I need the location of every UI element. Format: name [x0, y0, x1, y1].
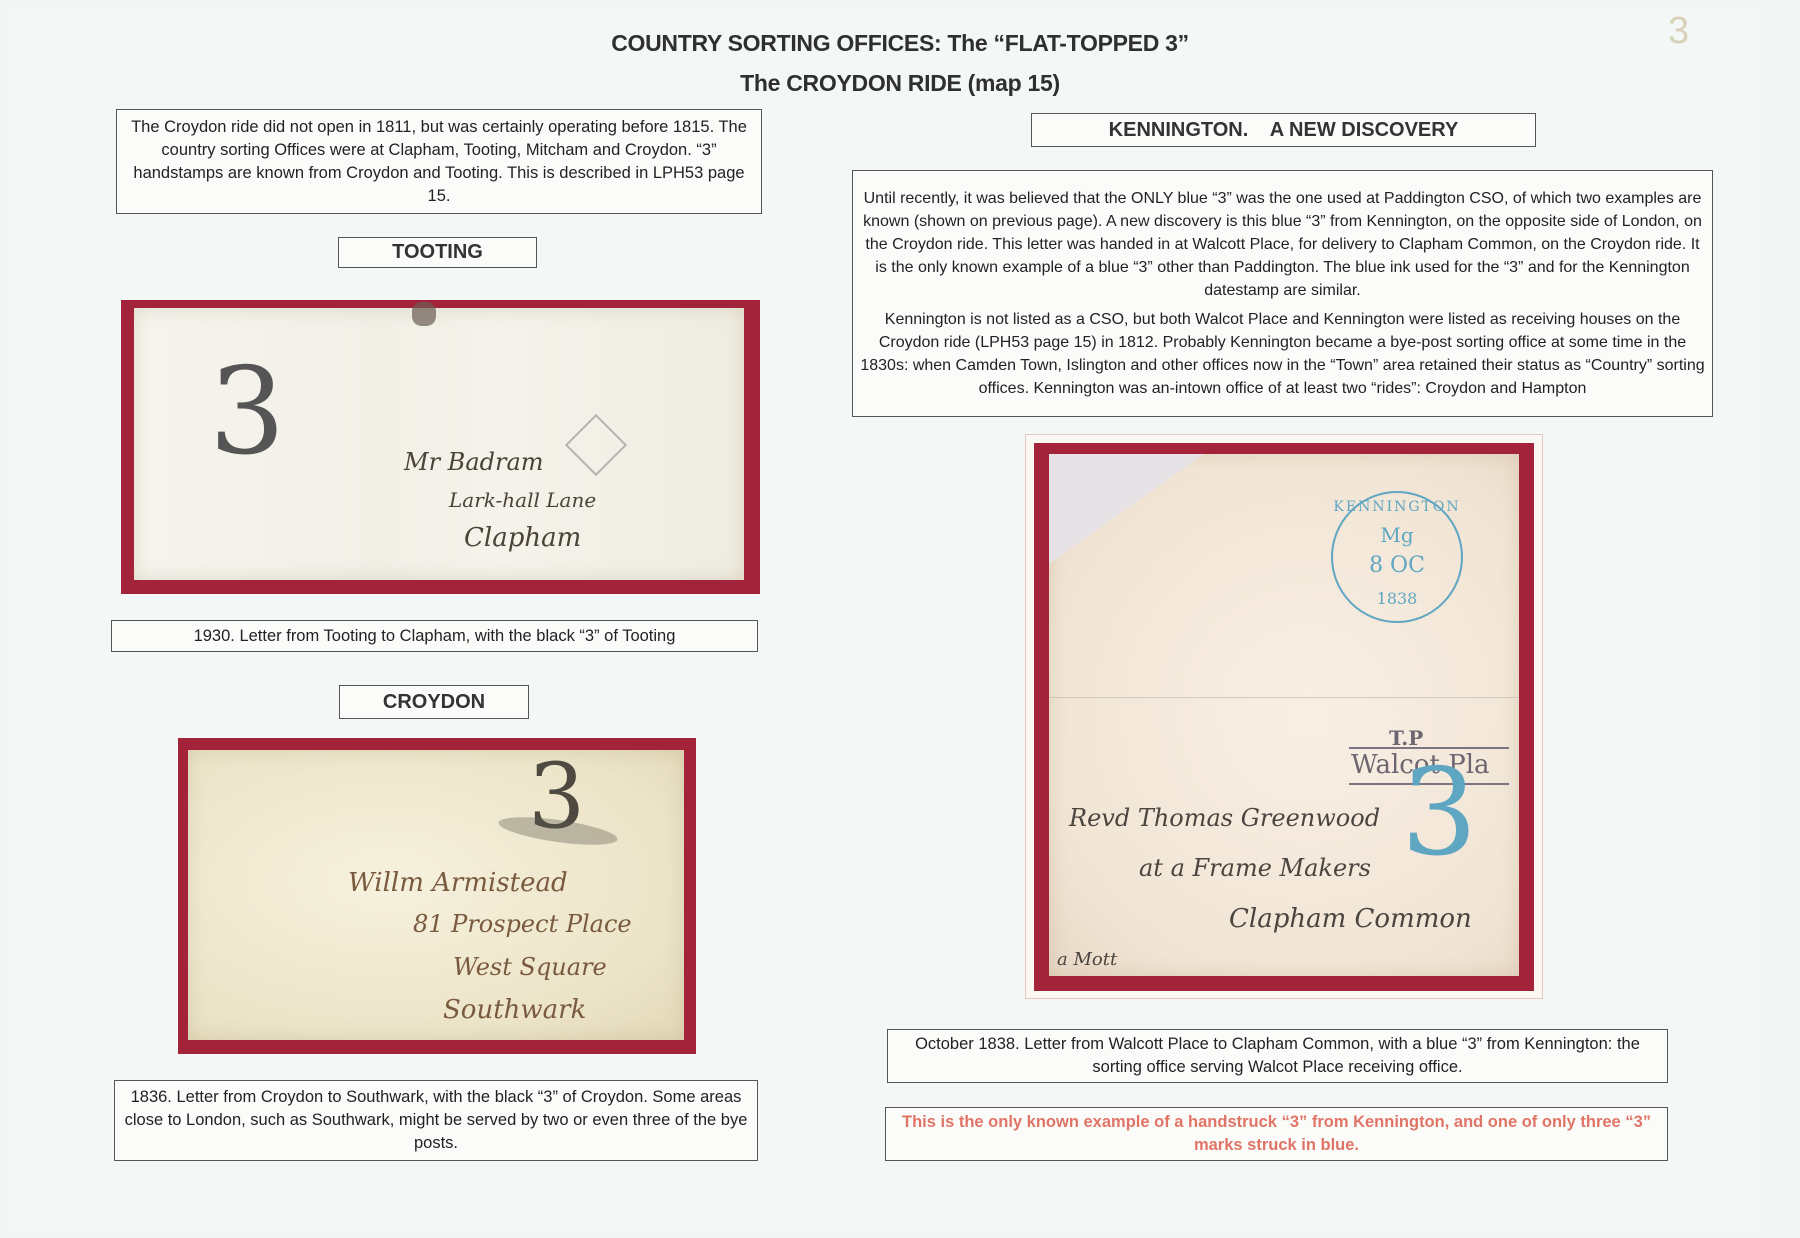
tooting-caption: 1930. Letter from Tooting to Clapham, wi… [111, 620, 758, 652]
kennington-datestamp: KENNINGTON Mg 8 OC 1838 [1331, 491, 1463, 623]
page-subtitle: The CROYDON RIDE (map 15) [0, 70, 1800, 97]
intro-text-box: The Croydon ride did not open in 1811, b… [116, 109, 762, 214]
croydon-cover-image: 3 Willm Armistead 81 Prospect Place West… [188, 750, 684, 1040]
kennington-caption-text: October 1838. Letter from Walcott Place … [896, 1033, 1659, 1079]
tooting-address-line-2: Lark-hall Lane [449, 488, 596, 512]
datestamp-ring-text: KENNINGTON [1333, 499, 1461, 515]
kennington-blue-3-mark: 3 [1401, 754, 1477, 874]
tooting-label: TOOTING [338, 237, 537, 268]
croydon-cover-frame: 3 Willm Armistead 81 Prospect Place West… [178, 738, 696, 1054]
kennington-address-line-2: at a Frame Makers [1139, 854, 1371, 882]
tooting-cover-frame: 3 Mr Badram Lark-hall Lane Clapham [121, 300, 760, 594]
kennington-address-line-1: Revd Thomas Greenwood [1069, 804, 1380, 832]
kennington-cover-image: KENNINGTON Mg 8 OC 1838 T.P Walcot Pla 3… [1049, 454, 1519, 976]
kennington-corner-note: a Mott [1057, 949, 1117, 970]
tooting-paid-stamp [565, 414, 627, 476]
datestamp-year: 1838 [1333, 589, 1461, 608]
croydon-address-line-4: Southwark [443, 995, 586, 1025]
croydon-label: CROYDON [339, 685, 529, 719]
page-title: COUNTRY SORTING OFFICES: The “FLAT-TOPPE… [0, 30, 1800, 57]
croydon-caption-text: 1836. Letter from Croydon to Southwark, … [123, 1086, 749, 1155]
datestamp-time: Mg [1333, 523, 1461, 547]
kennington-label-text: KENNINGTON. A NEW DISCOVERY [1109, 119, 1459, 142]
kennington-mat: KENNINGTON Mg 8 OC 1838 T.P Walcot Pla 3… [1025, 434, 1543, 999]
intro-text: The Croydon ride did not open in 1811, b… [125, 116, 753, 208]
croydon-address-line-2: 81 Prospect Place [413, 910, 632, 938]
fold-line [1049, 697, 1519, 698]
tooting-address-line-3: Clapham [464, 523, 581, 553]
kennington-paragraph-1: Until recently, it was believed that the… [859, 187, 1706, 302]
page-number: 3 [1668, 10, 1689, 53]
kennington-text-box: Until recently, it was believed that the… [852, 170, 1713, 417]
tooting-cover-image: 3 Mr Badram Lark-hall Lane Clapham [134, 308, 744, 580]
tooting-caption-text: 1930. Letter from Tooting to Clapham, wi… [194, 625, 676, 648]
croydon-address-line-3: West Square [453, 953, 607, 981]
wax-seal-remnant [412, 302, 436, 326]
folded-corner [1049, 454, 1204, 564]
kennington-label: KENNINGTON. A NEW DISCOVERY [1031, 113, 1536, 147]
tooting-label-text: TOOTING [392, 241, 483, 264]
kennington-address-line-3: Clapham Common [1229, 904, 1472, 934]
tooting-address-line-1: Mr Badram [404, 448, 544, 476]
croydon-label-text: CROYDON [383, 691, 485, 714]
kennington-cover-frame: KENNINGTON Mg 8 OC 1838 T.P Walcot Pla 3… [1034, 443, 1534, 991]
kennington-paragraph-2: Kennington is not listed as a CSO, but b… [859, 308, 1706, 400]
kennington-highlight-note-text: This is the only known example of a hand… [894, 1111, 1659, 1157]
tooting-3-mark: 3 [209, 353, 285, 473]
croydon-address-line-1: Willm Armistead [348, 868, 568, 898]
datestamp-date: 8 OC [1333, 553, 1461, 578]
croydon-caption: 1836. Letter from Croydon to Southwark, … [114, 1080, 758, 1161]
kennington-caption: October 1838. Letter from Walcott Place … [887, 1029, 1668, 1083]
kennington-highlight-note: This is the only known example of a hand… [885, 1107, 1668, 1161]
